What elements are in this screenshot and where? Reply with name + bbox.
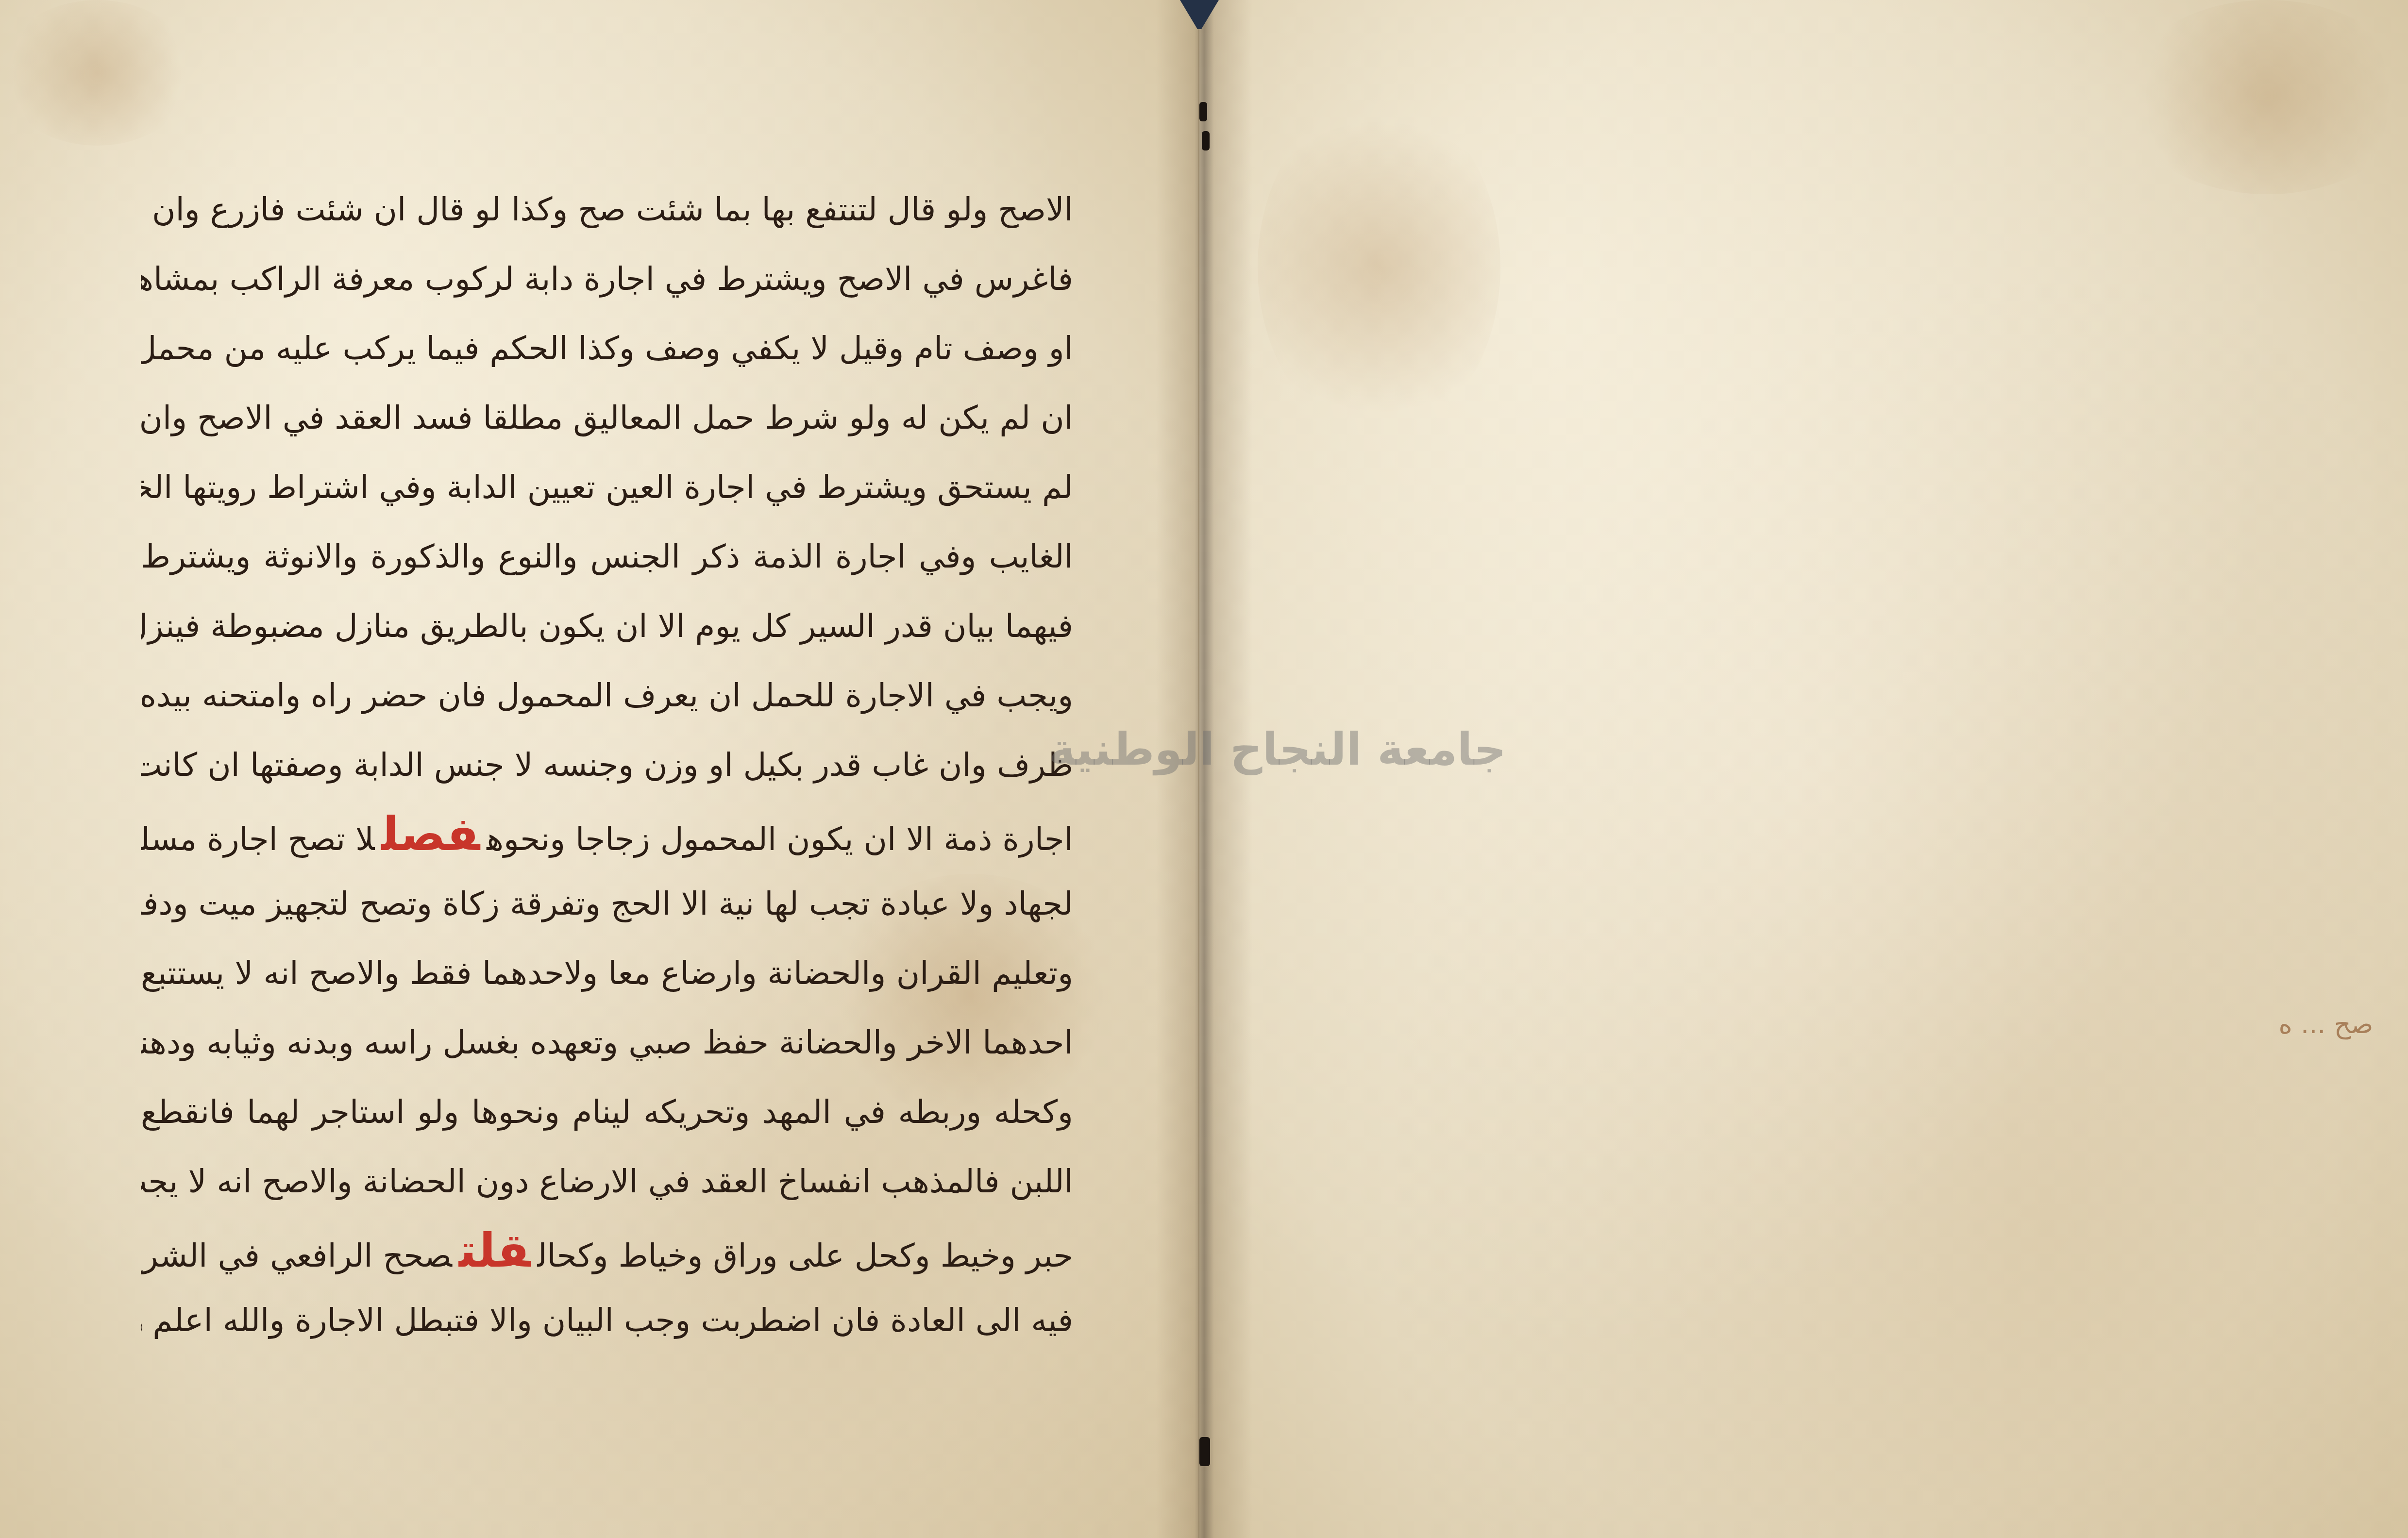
left-page: الاصح ولو قال لتنتفع بها بما شئت صح وكذا… <box>0 0 1199 1538</box>
rubric-heading: فصل <box>381 807 480 861</box>
water-stain <box>1258 97 1500 437</box>
manuscript-line: لم يستحق ويشترط في اجارة العين تعيين الد… <box>141 452 1073 522</box>
manuscript-line: لجهاد ولا عبادة تجب لها نية الا الحج وتف… <box>141 869 1073 938</box>
line-text: الغايب وفي اجارة الذمة ذكر الجنس والنوع … <box>141 538 1073 575</box>
manuscript-line: اجارة ذمة الا ان يكون المحمول زجاجا ونحو… <box>141 800 1073 869</box>
line-text: احدهما الاخر والحضانة حفظ صبي وتعهده بغس… <box>141 1024 1073 1061</box>
water-stain <box>0 0 194 146</box>
line-text: ان لم يكن له ولو شرط حمل المعاليق مطلقا … <box>141 399 1073 436</box>
line-text: صحح الرافعي في الشرح الرجوع <box>141 1237 452 1274</box>
line-text: فيه الى العادة فان اضطربت وجب البيان وال… <box>141 1302 1073 1339</box>
manuscript-line: ان لم يكن له ولو شرط حمل المعاليق مطلقا … <box>141 383 1073 452</box>
manuscript-line: وتعليم القران والحضانة وارضاع معا ولاحده… <box>141 938 1073 1008</box>
line-text: فيهما بيان قدر السير كل يوم الا ان يكون … <box>141 607 1073 645</box>
line-text: الاصح ولو قال لتنتفع بها بما شئت صح وكذا… <box>141 191 1073 228</box>
manuscript-line: فيه الى العادة فان اضطربت وجب البيان وال… <box>141 1286 1073 1355</box>
line-text: وكحله وربطه في المهد وتحريكه لينام ونحوه… <box>141 1093 1073 1131</box>
line-text: اجارة ذمة الا ان يكون المحمول زجاجا ونحو… <box>487 820 1073 858</box>
line-text: لم يستحق ويشترط في اجارة العين تعيين الد… <box>141 468 1073 506</box>
manuscript-line: اللبن فالمذهب انفساخ العقد في الارضاع دو… <box>141 1147 1073 1216</box>
line-text: فاغرس في الاصح ويشترط في اجارة دابة لركو… <box>141 260 1073 298</box>
manuscript-line: او وصف تام وقيل لا يكفي وصف وكذا الحكم ف… <box>141 314 1073 383</box>
line-text: ويجب في الاجارة للحمل ان يعرف المحمول فا… <box>141 677 1073 714</box>
binding-hole <box>1199 102 1207 121</box>
water-stain <box>2122 0 2408 194</box>
margin-note: صح ... ه <box>2253 1005 2399 1044</box>
line-text: حبر وخيط وكحل على وراق وخياط وكحال <box>537 1237 1073 1274</box>
line-text: لا تصح اجارة مسلم <box>141 820 374 858</box>
manuscript-line: حبر وخيط وكحل على وراق وخياط وكحالقلتصحح… <box>141 1216 1073 1286</box>
library-watermark: جامعة النجاح الوطنية <box>1049 723 1506 775</box>
manuscript-line: ويجب في الاجارة للحمل ان يعرف المحمول فا… <box>141 661 1073 730</box>
manuscript-line: ظرف وان غاب قدر بكيل او وزن وجنسه لا جنس… <box>141 730 1073 800</box>
line-text: او وصف تام وقيل لا يكفي وصف وكذا الحكم ف… <box>141 330 1073 367</box>
line-text: اللبن فالمذهب انفساخ العقد في الارضاع دو… <box>141 1163 1073 1200</box>
manuscript-line: الغايب وفي اجارة الذمة ذكر الجنس والنوع … <box>141 522 1073 591</box>
line-text: ظرف وان غاب قدر بكيل او وزن وجنسه لا جنس… <box>141 746 1073 784</box>
line-text: لجهاد ولا عبادة تجب لها نية الا الحج وتف… <box>141 885 1073 922</box>
manuscript-line: احدهما الاخر والحضانة حفظ صبي وتعهده بغس… <box>141 1008 1073 1077</box>
manuscript-line: وكحله وربطه في المهد وتحريكه لينام ونحوه… <box>141 1077 1073 1147</box>
manuscript-line: فاغرس في الاصح ويشترط في اجارة دابة لركو… <box>141 244 1073 314</box>
manuscript-line: فيهما بيان قدر السير كل يوم الا ان يكون … <box>141 591 1073 661</box>
manuscript-line: الاصح ولو قال لتنتفع بها بما شئت صح وكذا… <box>141 175 1073 244</box>
rubric-heading: قلت <box>459 1223 530 1278</box>
line-text: وتعليم القران والحضانة وارضاع معا ولاحده… <box>141 954 1073 992</box>
left-page-text: الاصح ولو قال لتنتفع بها بما شئت صح وكذا… <box>141 175 1073 1355</box>
binding-hole <box>1199 1437 1210 1466</box>
binding-hole <box>1202 131 1210 150</box>
